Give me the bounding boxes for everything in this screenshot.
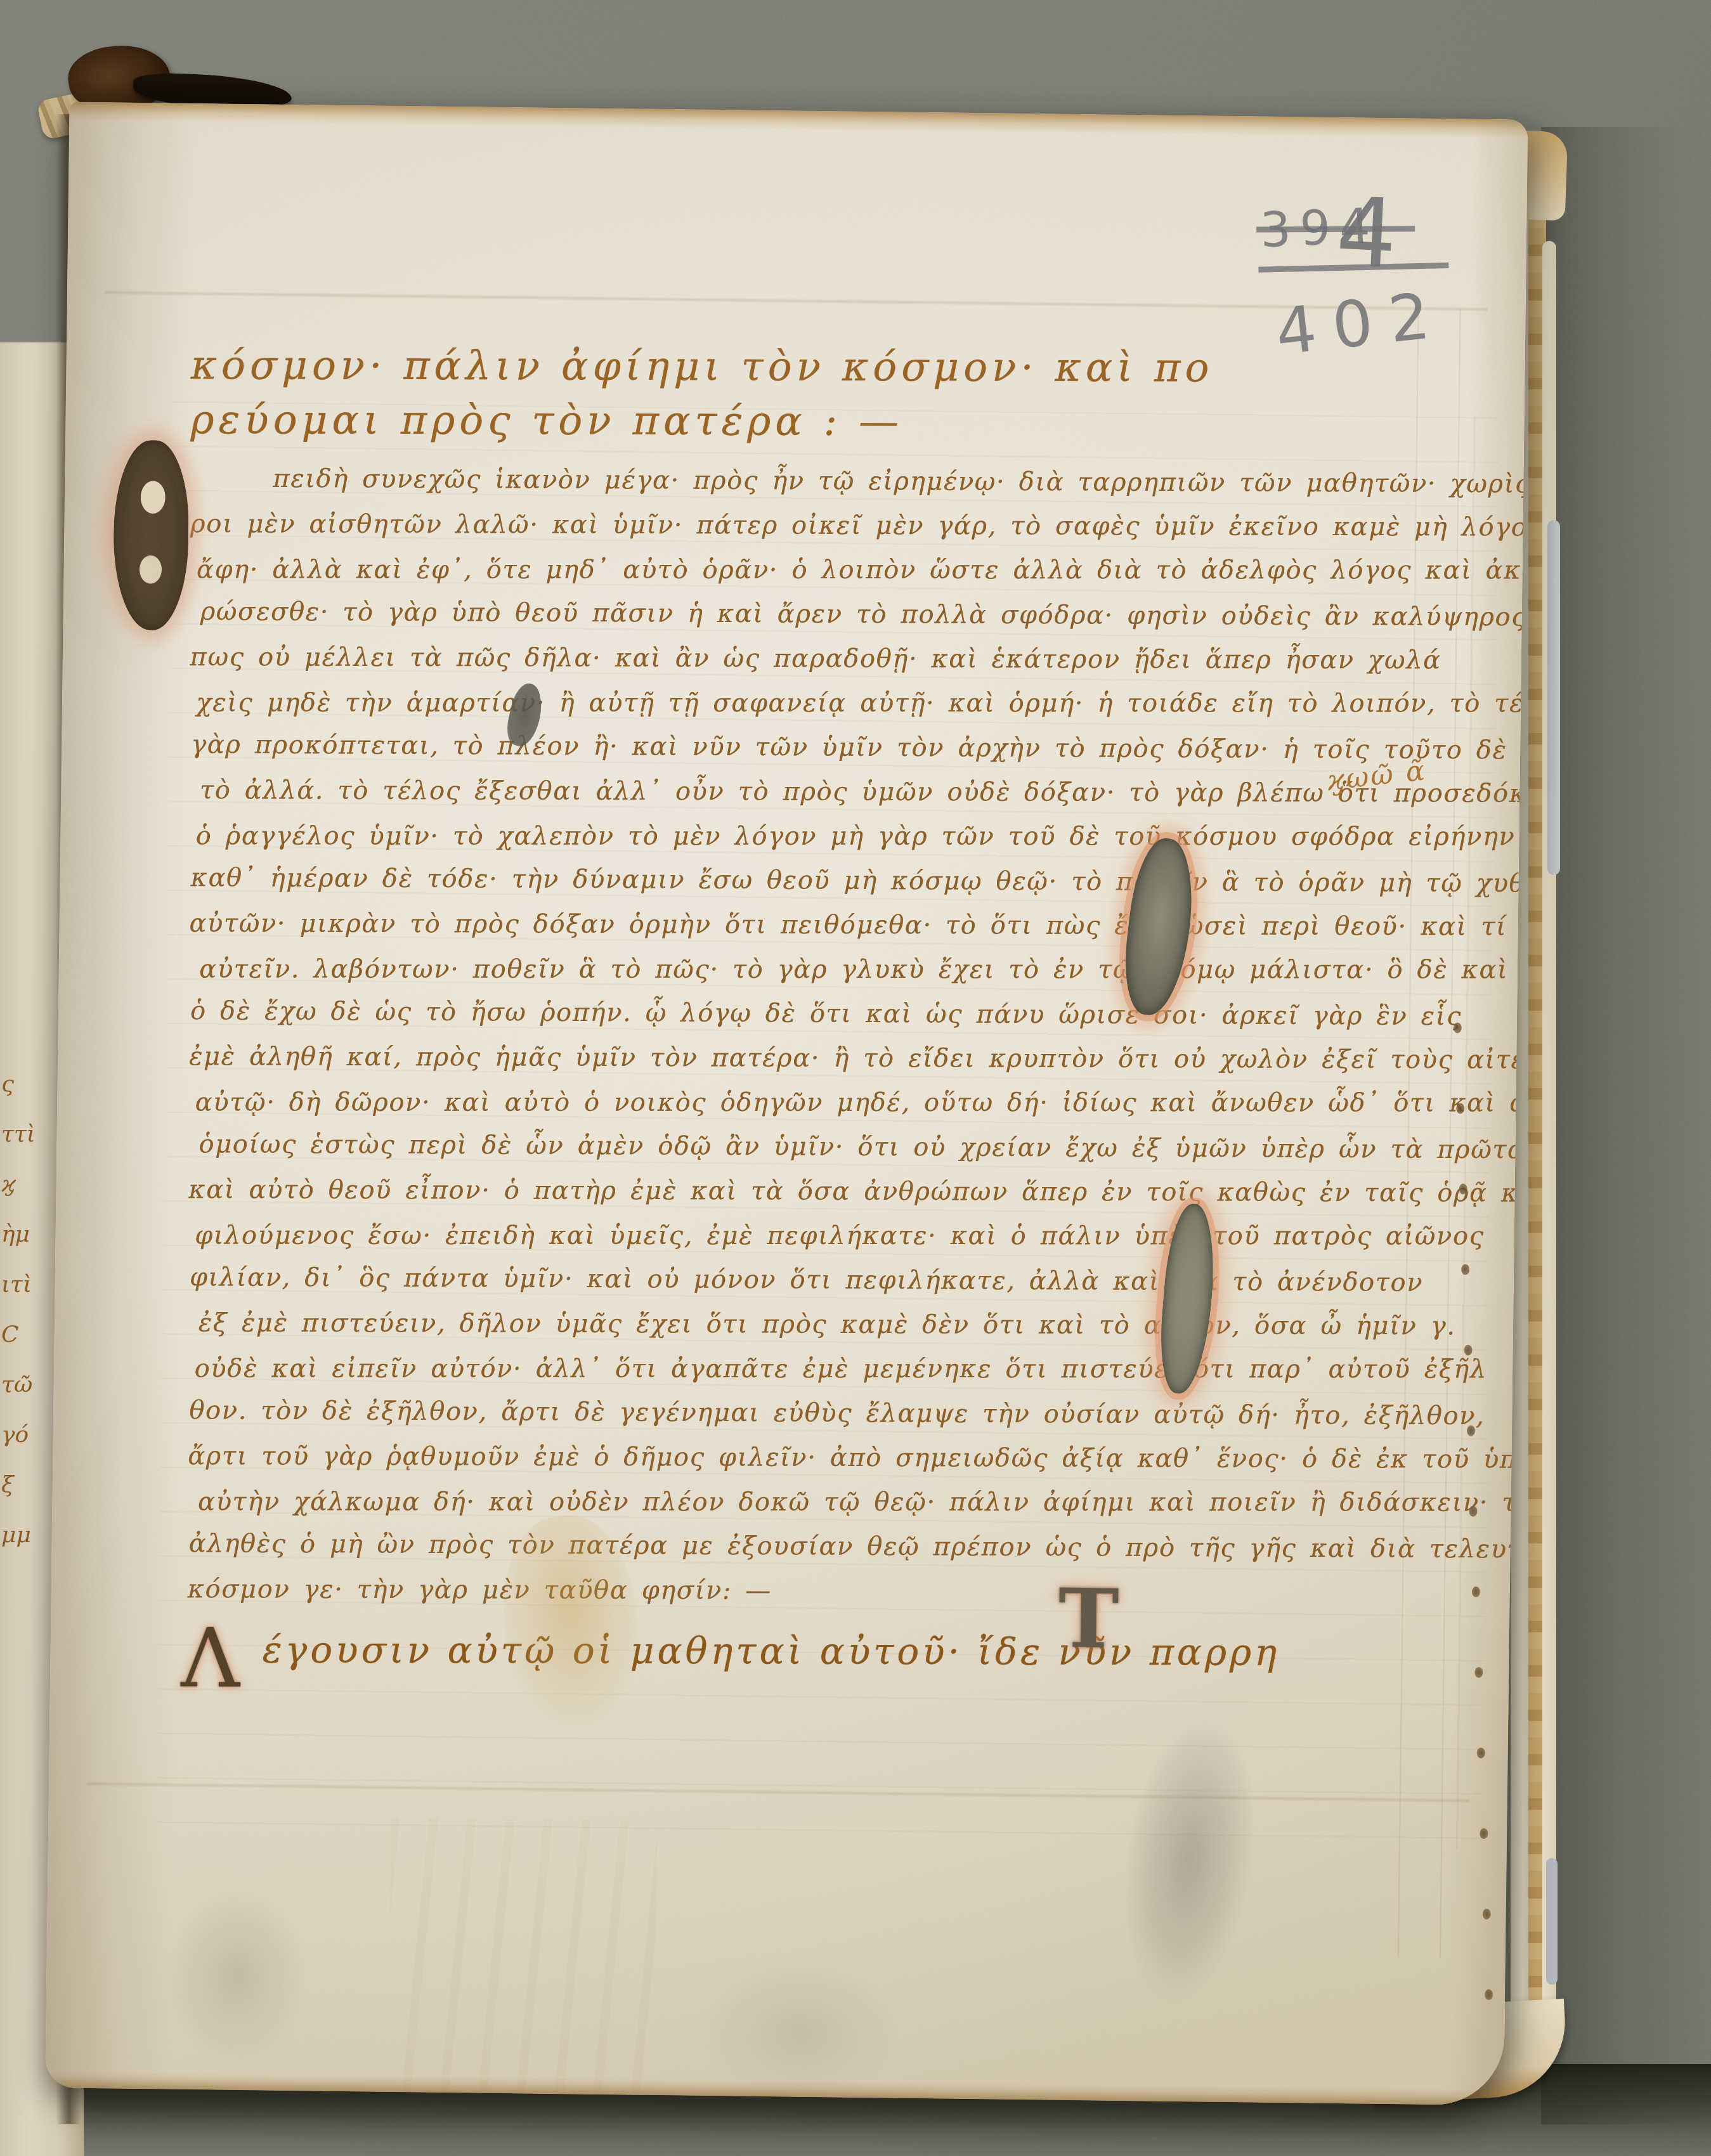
- final-line-text: έγουσιν αὐτῷ οἱ μαθηταὶ αὐτοῦ· ἴδε νῦν π…: [262, 1628, 1280, 1674]
- commentary-line: πως οὐ μέλλει τὰ πῶς δῆλα· καὶ ἂν ὡς παρ…: [190, 635, 1528, 683]
- commentary-line: φιλούμενος ἔσω· ἐπειδὴ καὶ ὑμεῖς, ἐμὲ πε…: [195, 1213, 1528, 1258]
- commentary-line: θον. τὸν δὲ ἐξῆλθον, ἄρτι δὲ γεγένημαι ε…: [189, 1388, 1528, 1438]
- text-block: κόσμον· πάλιν ἀφίημι τὸν κόσμον· καὶ πο …: [187, 338, 1528, 1675]
- manuscript-page[interactable]: 394 4 402 κόσμον· πάλιν ἀφίημι τὸν κόσμο…: [45, 102, 1528, 2106]
- showthrough-fragment: γό: [1, 1410, 39, 1460]
- commentary-line: αὐτῶν· μικρὰν τὸ πρὸς δόξαν ὁρμὴν ὅτι πε…: [189, 901, 1528, 949]
- commentary-line: φιλίαν, δι᾽ ὃς πάντα ὑμῖν· καὶ οὐ μόνον …: [190, 1255, 1528, 1305]
- showthrough-fragment: ττὶ: [1, 1109, 39, 1159]
- gospel-lemma-line-2: ρεύομαι πρὸς τὸν πατέρα : —: [190, 393, 1528, 451]
- commentary-line: ἀληθὲς ὁ μὴ ὢν πρὸς τὸν πατέρα με ἐξουσί…: [189, 1521, 1528, 1571]
- parchment-streaks: [387, 1818, 657, 2094]
- commentary-line: ἄφη· ἀλλὰ καὶ ἐφ᾽, ὅτε μηδ᾽ αὐτὸ ὁρᾶν· ὁ…: [197, 547, 1528, 592]
- commentary-line: ἐμὲ ἀληθῆ καί, πρὸς ἡμᾶς ὑμῖν τὸν πατέρα…: [189, 1034, 1528, 1082]
- commentary-line: χεὶς μηδὲ τὴν ἁμαρτίαν· ἢ αὐτῇ τῇ σαφανε…: [196, 680, 1528, 725]
- commentary-line: αὐτῷ· δὴ δῶρον· καὶ αὐτὸ ὁ νοικὸς ὁδηγῶν…: [195, 1080, 1528, 1125]
- commentary-line: αὐτὴν χάλκωμα δή· καὶ οὐδὲν πλέον δοκῶ τ…: [198, 1479, 1528, 1524]
- showthrough-fragment: τῶ: [1, 1360, 39, 1410]
- gray-smudge: [140, 1853, 334, 2096]
- pricking-hole: [1480, 1828, 1488, 1839]
- commentary-line: ὁ δὲ ἔχω δὲ ὡς τὸ ἤσω ῥοπήν. ᾧ λόγῳ δὲ ὅ…: [190, 989, 1528, 1039]
- commentary-line: πειδὴ συνεχῶς ἱκανὸν μέγα· πρὸς ἦν τῷ εἰ…: [192, 456, 1528, 506]
- commentary-lines: πειδὴ συνεχῶς ἱκανὸν μέγα· πρὸς ἦν τῷ εἰ…: [188, 457, 1528, 1615]
- showthrough-fragment: μμ: [1, 1510, 39, 1560]
- interleaf-blue-edge: [1546, 1858, 1558, 1985]
- pencil-foliation: 394 4 402: [1260, 199, 1379, 257]
- commentary-line: ροι μὲν αἰσθητῶν λαλῶ· καὶ ὑμῖν· πάτερ ο…: [190, 502, 1528, 550]
- book-cast-shadow-right: [1541, 127, 1706, 2124]
- section-end-tau-ornament: T: [1050, 1578, 1127, 1673]
- commentary-line: αὐτεῖν. λαβόντων· ποθεῖν ἃ τὸ πῶς· τὸ γὰ…: [199, 947, 1528, 992]
- page-stack-edge: [1542, 241, 1556, 2042]
- interleaf-blue-edge: [1547, 520, 1560, 875]
- gospel-lemma-line-1: κόσμον· πάλιν ἀφίημι τὸν κόσμον· καὶ πο: [191, 338, 1528, 396]
- commentary-line: ὁ ῥαγγέλος ὑμῖν· τὸ χαλεπὸν τὸ μὲν λόγον…: [196, 814, 1528, 859]
- showthrough-fragment: ὴμ: [1, 1209, 39, 1259]
- gospel-lemma-final-line: Λέγουσιν αὐτῷ οἱ μαθηταὶ αὐτοῦ· ἴδε νῦν …: [187, 1628, 1528, 1675]
- showthrough-text-fragments: ςττὶϗὴμιτὶCτῶγόξμμ: [1, 1059, 39, 1560]
- showthrough-fragment: ιτὶ: [1, 1259, 39, 1309]
- commentary-line: ἐξ ἐμὲ πιστεύειν, δῆλον ὑμᾶς ἔχει ὅτι πρ…: [198, 1301, 1528, 1349]
- foliation-overwrite-digit: 4: [1334, 177, 1400, 290]
- commentary-line: ἄρτι τοῦ γὰρ ῥᾳθυμοῦν ἐμὲ ὁ δῆμος φιλεῖν…: [188, 1434, 1528, 1482]
- showthrough-fragment: ξ: [1, 1460, 39, 1510]
- commentary-line: κόσμον γε· τὴν γὰρ μὲν ταῦθα φησίν: —: [188, 1567, 1528, 1615]
- commentary-line: ρώσεσθε· τὸ γὰρ ὑπὸ θεοῦ πᾶσιν ἡ καὶ ἄρε…: [200, 589, 1528, 639]
- illuminated-initial-lambda: Λ: [181, 1611, 243, 1706]
- commentary-line: οὐδὲ καὶ εἰπεῖν αὐτόν· ἀλλ᾽ ὅτι ἀγαπᾶτε …: [195, 1346, 1528, 1391]
- illuminated-initial-epsilon: [112, 439, 190, 630]
- showthrough-fragment: ς: [1, 1059, 39, 1109]
- page-top-edge-stain: [69, 102, 1528, 139]
- pricking-hole: [1461, 1264, 1469, 1275]
- manuscript-photo: ςττὶϗὴμιτὶCτῶγόξμμ 394 4 402 κόσμον· πάλ…: [0, 0, 1711, 2156]
- showthrough-fragment: C: [1, 1309, 39, 1360]
- commentary-line: ὁμοίως ἑστὼς περὶ δὲ ὧν ἀμὲν ὁδῷ ἂν ὑμῖν…: [198, 1122, 1528, 1172]
- commentary-line: καὶ αὐτὸ θεοῦ εἶπον· ὁ πατὴρ ἐμὲ καὶ τὰ …: [188, 1167, 1528, 1216]
- commentary-line: καθ᾽ ἡμέραν δὲ τόδε· τὴν δύναμιν ἔσω θεο…: [191, 855, 1528, 906]
- showthrough-fragment: ϗ: [1, 1159, 39, 1209]
- gray-smudge: [667, 1935, 935, 2105]
